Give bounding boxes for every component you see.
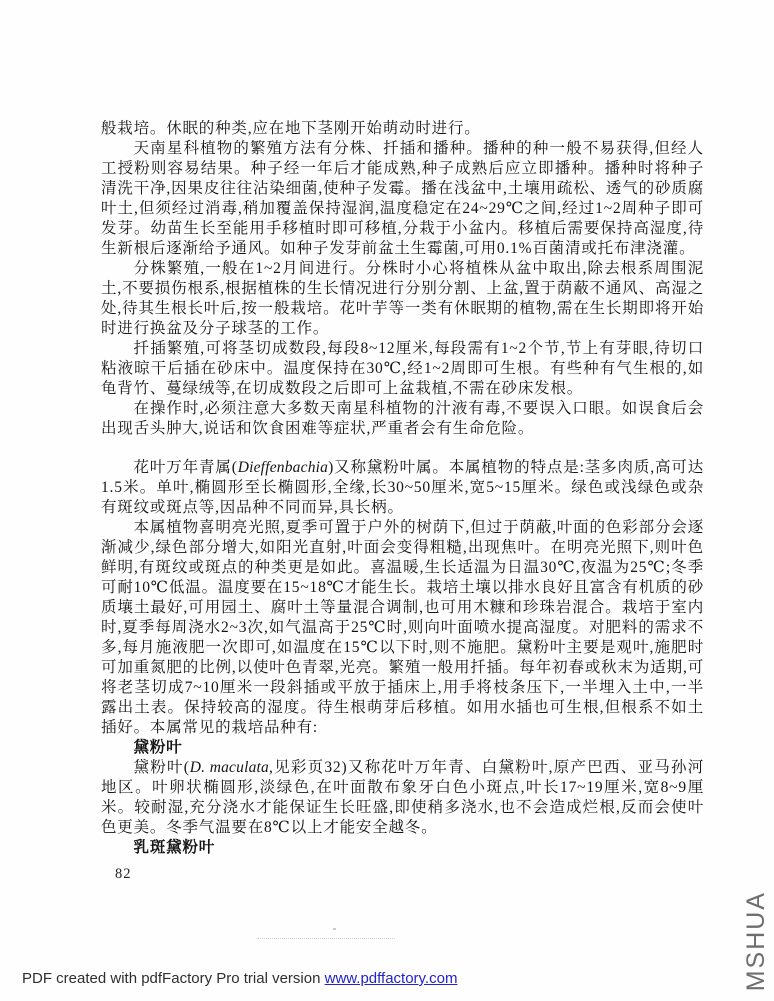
species-intro-text: 黛粉叶( <box>134 759 190 776</box>
paragraph-toxicity-warning: 在操作时,必须注意大多数天南星科植物的汁液有毒,不要误入口眼。如误食后会出现舌头… <box>101 399 704 439</box>
scanned-page: 般栽培。休眠的种类,应在地下茎刚开始萌动时进行。 天南星科植物的繁殖方法有分株、… <box>0 0 774 1001</box>
section-heading-rubanda: 乳斑黛粉叶 <box>101 838 704 858</box>
scan-artifact <box>257 938 395 939</box>
paragraph-genus-culture: 本属植物喜明亮光照,夏季可置于户外的树荫下,但过于荫蔽,叶面的色彩部分会逐渐减少… <box>101 518 704 738</box>
page-number: 82 <box>115 866 132 883</box>
genus-intro-text: 花叶万年青属( <box>134 459 238 476</box>
watermark-mshua: MSHUA <box>742 891 771 991</box>
latin-species-name: D. maculata <box>190 759 269 776</box>
paragraph-genus-intro: 花叶万年青属(Dieffenbachia)又称黛粉叶属。本属植物的特点是:茎多肉… <box>101 458 704 518</box>
paragraph-continuation: 般栽培。休眠的种类,应在地下茎刚开始萌动时进行。 <box>101 119 704 139</box>
pdffactory-footer: PDF created with pdfFactory Pro trial ve… <box>22 970 457 987</box>
section-heading-daifenye: 黛粉叶 <box>101 738 704 758</box>
page-body: 般栽培。休眠的种类,应在地下茎刚开始萌动时进行。 天南星科植物的繁殖方法有分株、… <box>101 119 704 858</box>
pdffactory-notice: PDF created with pdfFactory Pro trial ve… <box>22 970 325 987</box>
latin-genus-name: Dieffenbachia <box>238 459 328 476</box>
paragraph-division: 分株繁殖,一般在1~2月间进行。分株时小心将植株从盆中取出,除去根系周围泥土,不… <box>101 259 704 339</box>
paragraph-species-maculata: 黛粉叶(D. maculata,见彩页32)又称花叶万年青、白黛粉叶,原产巴西、… <box>101 758 704 838</box>
pdffactory-link[interactable]: www.pdffactory.com <box>325 970 458 987</box>
paragraph-propagation-seed: 天南星科植物的繁殖方法有分株、扦插和播种。播种的种一般不易获得,但经人工授粉则容… <box>101 139 704 259</box>
paragraph-cuttings: 扦插繁殖,可将茎切成数段,每段8~12厘米,每段需有1~2个节,节上有芽眼,待切… <box>101 339 704 399</box>
scan-speck <box>333 928 336 930</box>
